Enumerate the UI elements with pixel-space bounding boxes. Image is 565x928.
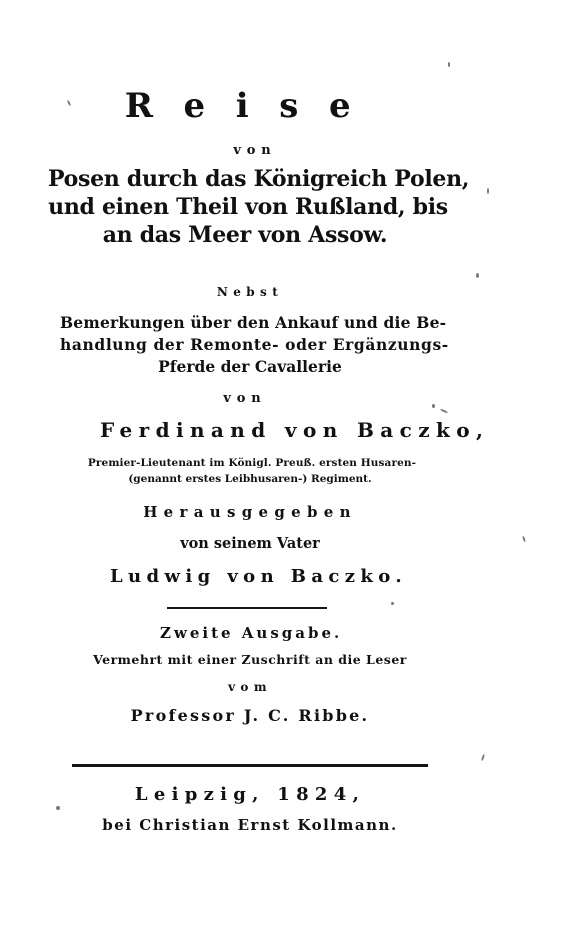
editor-name: Ludwig von Baczko. (110, 566, 390, 587)
scan-speck (432, 404, 435, 408)
place-year: Leipzig, 1824, (125, 784, 375, 805)
connector-von-1: von (215, 143, 295, 158)
subtitle-line-3: an das Meer von Assow. (90, 222, 400, 248)
remarks-line-2: handlung der Remonte- oder Ergänzungs- (60, 335, 440, 354)
subtitle-line-1: Posen durch das Königreich Polen, (48, 166, 448, 192)
long-divider-rule (72, 764, 428, 767)
scan-speck (448, 62, 450, 67)
scan-speck (440, 408, 448, 413)
connector-von-2: von (205, 391, 285, 406)
nebst: Nebst (205, 285, 295, 299)
remarks-line-3: Pferde der Cavallerie (150, 357, 350, 376)
publisher: bei Christian Ernst Kollmann. (90, 816, 410, 834)
author-rank-line-2: (genannt erstes Leibhusaren-) Regiment. (95, 473, 405, 485)
scan-speck (67, 100, 71, 106)
short-divider-rule (167, 607, 327, 609)
subtitle-line-2: und einen Theil von Rußland, bis (48, 194, 448, 220)
contributor: Professor J. C. Ribbe. (125, 706, 375, 725)
scan-speck (476, 273, 479, 278)
scan-speck (481, 754, 485, 761)
scan-speck (56, 806, 60, 810)
remarks-line-1: Bemerkungen über den Ankauf und die Be- (60, 313, 440, 332)
edition-note: Vermehrt mit einer Zuschrift an die Lese… (65, 652, 435, 667)
edited-by-line: von seinem Vater (170, 535, 330, 552)
connector-vom: vom (210, 680, 290, 694)
title: Reise (118, 86, 388, 126)
edited-label: Herausgegeben (140, 503, 360, 521)
scan-speck (522, 536, 526, 542)
author-rank-line-1: Premier-Lieutenant im Königl. Preuß. ers… (52, 457, 452, 469)
edition: Zweite Ausgabe. (160, 624, 340, 642)
author-name: Ferdinand von Baczko, (100, 418, 400, 442)
scan-speck (391, 602, 394, 605)
scan-speck (487, 188, 489, 194)
